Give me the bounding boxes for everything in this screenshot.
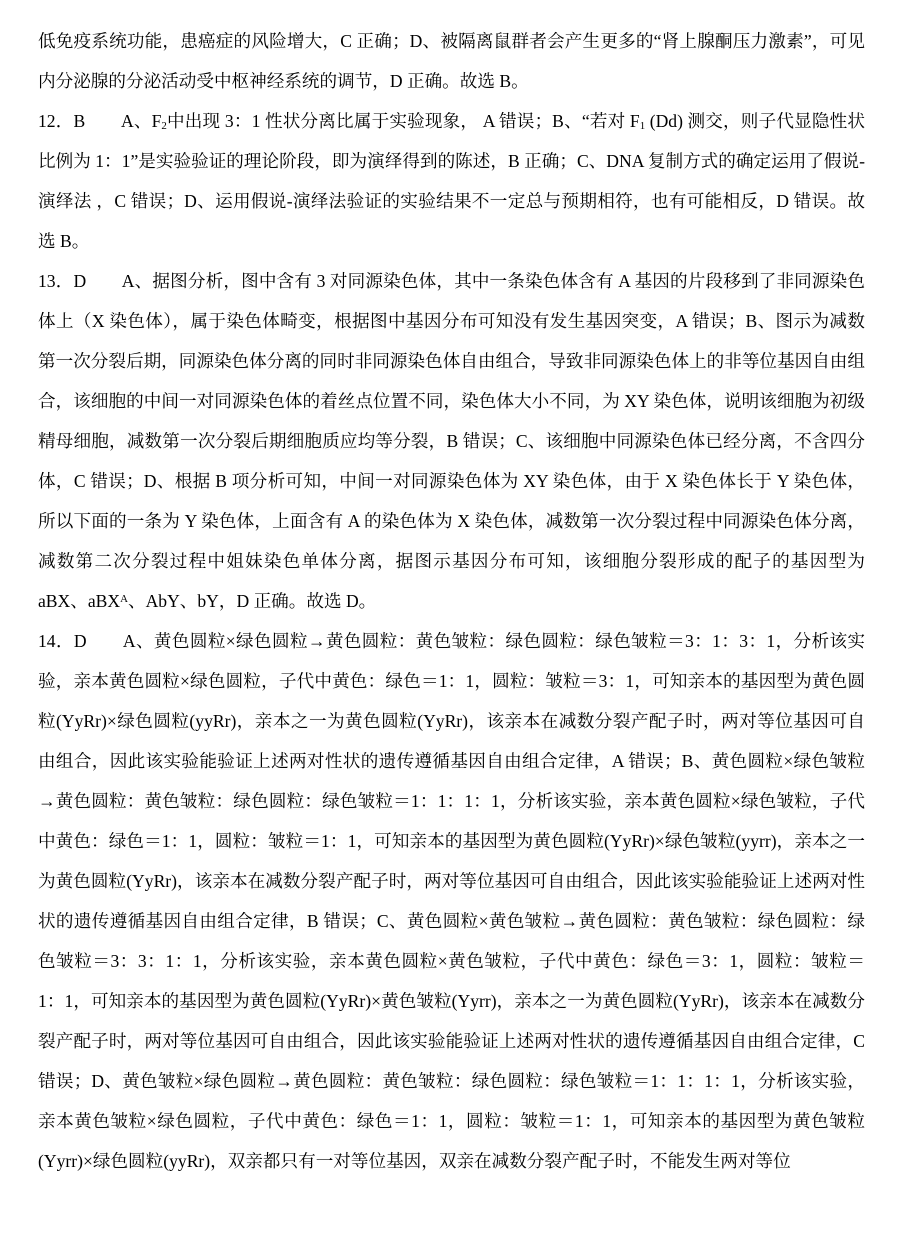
text-run: 、AbY、bY，D 正确。故选 D。 — [128, 591, 376, 611]
answer-11-explanation-continued: 低免疫系统功能，患癌症的风险增大，C 正确；D、被隔离鼠群者会产生更多的“肾上腺… — [38, 21, 865, 101]
answer-item-13: 13．D A、据图分析，图中含有 3 对同源染色体，其中一条染色体含有 A 基因… — [38, 261, 865, 621]
answer-item-14: 14．D A、黄色圆粒×绿色圆粒→黄色圆粒：黄色皱粒：绿色圆粒：绿色皱粒＝3：1… — [38, 621, 865, 1181]
supscript-text: A — [120, 593, 128, 605]
text-run: 低免疫系统功能，患癌症的风险增大，C 正确；D、被隔离鼠群者会产生更多的“肾上腺… — [38, 31, 865, 91]
text-run: 中出现 3：1 性状分离比属于实验现象， A 错误；B、“若对 F — [167, 111, 640, 131]
text-run: 12．B A、F — [38, 111, 161, 131]
text-run: (Dd) 测交，则子代显隐性状比例为 1：1”是实验验证的理论阶段，即为演绎得到… — [38, 111, 865, 251]
document-body: 低免疫系统功能，患癌症的风险增大，C 正确；D、被隔离鼠群者会产生更多的“肾上腺… — [38, 21, 865, 1181]
document-page: 低免疫系统功能，患癌症的风险增大，C 正确；D、被隔离鼠群者会产生更多的“肾上腺… — [0, 0, 900, 1250]
answer-item-12: 12．B A、F2中出现 3：1 性状分离比属于实验现象， A 错误；B、“若对… — [38, 101, 865, 261]
text-run: 14．D A、黄色圆粒×绿色圆粒→黄色圆粒：黄色皱粒：绿色圆粒：绿色皱粒＝3：1… — [38, 631, 865, 1171]
text-run: 13．D A、据图分析，图中含有 3 对同源染色体，其中一条染色体含有 A 基因… — [38, 271, 865, 611]
